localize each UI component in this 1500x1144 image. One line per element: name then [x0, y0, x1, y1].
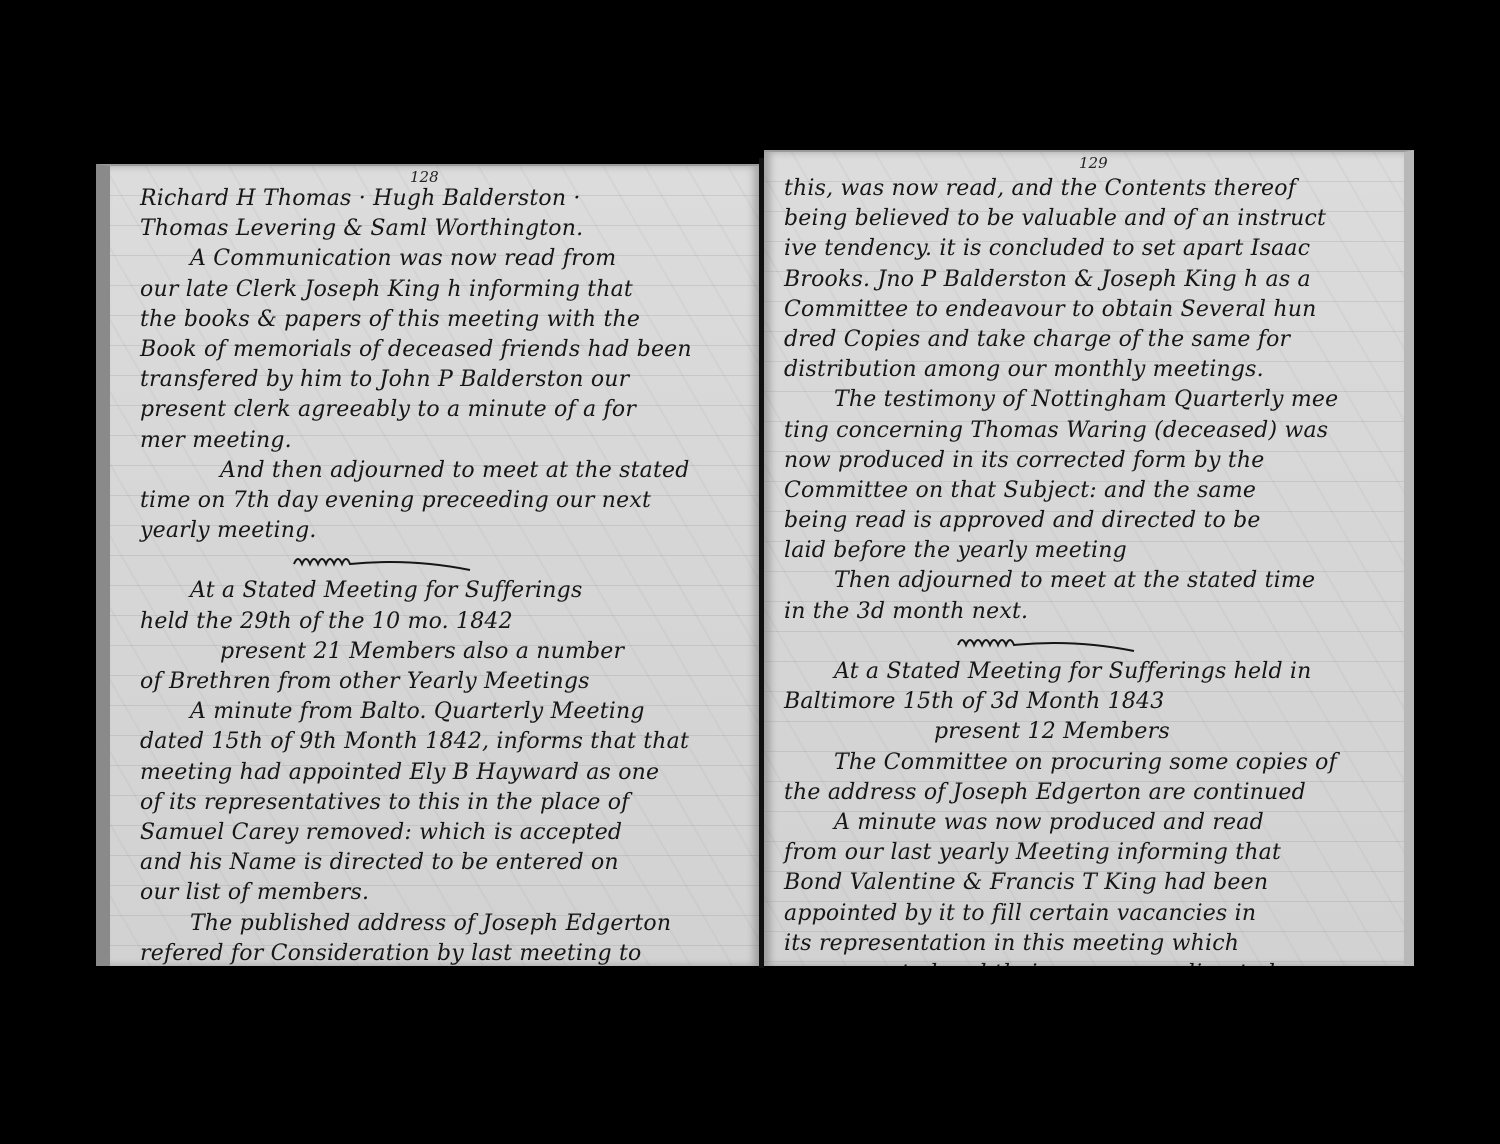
right-page-text: this, was now read, and the Contents the…: [784, 174, 1384, 966]
text-line: Committee to endeavour to obtain Several…: [784, 295, 1384, 325]
text-line: Baltimore 15th of 3d Month 1843: [784, 687, 1384, 717]
text-line: the address of Joseph Edgerton are conti…: [784, 778, 1384, 808]
text-line: from our last yearly Meeting informing t…: [784, 838, 1384, 868]
text-line: of Brethren from other Yearly Meetings: [140, 667, 744, 697]
text-line: yearly meeting.: [140, 516, 744, 546]
text-line: being believed to be valuable and of an …: [784, 204, 1384, 234]
flourish-icon: [954, 633, 1214, 655]
left-page-text: Richard H Thomas · Hugh Balderston · Tho…: [140, 184, 744, 966]
text-line: now produced in its corrected form by th…: [784, 446, 1384, 476]
book-spread: 128 Richard H Thomas · Hugh Balderston ·…: [92, 148, 1418, 974]
text-line: Book of memorials of deceased friends ha…: [140, 335, 744, 365]
right-page: 129 this, was now read, and the Contents…: [764, 150, 1414, 966]
text-line: meeting had appointed Ely B Hayward as o…: [140, 758, 744, 788]
text-line: Bond Valentine & Francis T King had been: [784, 868, 1384, 898]
text-line: At a Stated Meeting for Sufferings held …: [784, 657, 1384, 687]
flourish-icon: [290, 552, 550, 574]
text-line: appointed by it to fill certain vacancie…: [784, 899, 1384, 929]
text-line: of its representatives to this in the pl…: [140, 788, 744, 818]
text-line: dated 15th of 9th Month 1842, informs th…: [140, 727, 744, 757]
text-line: Brooks. Jno P Balderston & Joseph King h…: [784, 265, 1384, 295]
text-line: time on 7th day evening preceeding our n…: [140, 486, 744, 516]
text-line: the books & papers of this meeting with …: [140, 305, 744, 335]
text-line: A Communication was now read from: [140, 244, 744, 274]
text-line: held the 29th of the 10 mo. 1842: [140, 607, 744, 637]
text-line: The Committee on procuring some copies o…: [784, 748, 1384, 778]
text-line: The testimony of Nottingham Quarterly me…: [784, 385, 1384, 415]
text-line: At a Stated Meeting for Sufferings: [140, 576, 744, 606]
page-number: 129: [1079, 154, 1108, 172]
text-line: distribution among our monthly meetings.: [784, 355, 1384, 385]
text-line: in the 3d month next.: [784, 597, 1384, 627]
text-line: Samuel Carey removed: which is accepted: [140, 818, 744, 848]
text-line: present 21 Members also a number: [140, 637, 744, 667]
text-line: And then adjourned to meet at the stated: [140, 456, 744, 486]
text-line: ting concerning Thomas Waring (deceased)…: [784, 416, 1384, 446]
text-line: this, was now read, and the Contents the…: [784, 174, 1384, 204]
text-line: Thomas Levering & Saml Worthington.: [140, 214, 744, 244]
text-line: laid before the yearly meeting: [784, 536, 1384, 566]
text-line: refered for Consideration by last meetin…: [140, 939, 744, 966]
text-line: being read is approved and directed to b…: [784, 506, 1384, 536]
text-line: The published address of Joseph Edgerton: [140, 909, 744, 939]
text-line: mer meeting.: [140, 426, 744, 456]
section-divider-flourish: [784, 627, 1384, 657]
text-line: A minute from Balto. Quarterly Meeting: [140, 697, 744, 727]
text-line: A minute was now produced and read: [784, 808, 1384, 838]
text-line: Then adjourned to meet at the stated tim…: [784, 566, 1384, 596]
text-line: our list of members.: [140, 878, 744, 908]
section-divider-flourish: [140, 546, 744, 576]
text-line: Richard H Thomas · Hugh Balderston ·: [140, 184, 744, 214]
left-page: 128 Richard H Thomas · Hugh Balderston ·…: [96, 164, 760, 966]
text-line: and his Name is directed to be entered o…: [140, 848, 744, 878]
text-line: Committee on that Subject: and the same: [784, 476, 1384, 506]
text-line: was accepted and their names are directe…: [784, 959, 1384, 966]
text-line: dred Copies and take charge of the same …: [784, 325, 1384, 355]
text-line: its representation in this meeting which: [784, 929, 1384, 959]
text-line: present clerk agreeably to a minute of a…: [140, 395, 744, 425]
text-line: our late Clerk Joseph King h informing t…: [140, 275, 744, 305]
text-line: ive tendency. it is concluded to set apa…: [784, 234, 1384, 264]
text-line: transfered by him to John P Balderston o…: [140, 365, 744, 395]
text-line: present 12 Members: [784, 717, 1384, 747]
